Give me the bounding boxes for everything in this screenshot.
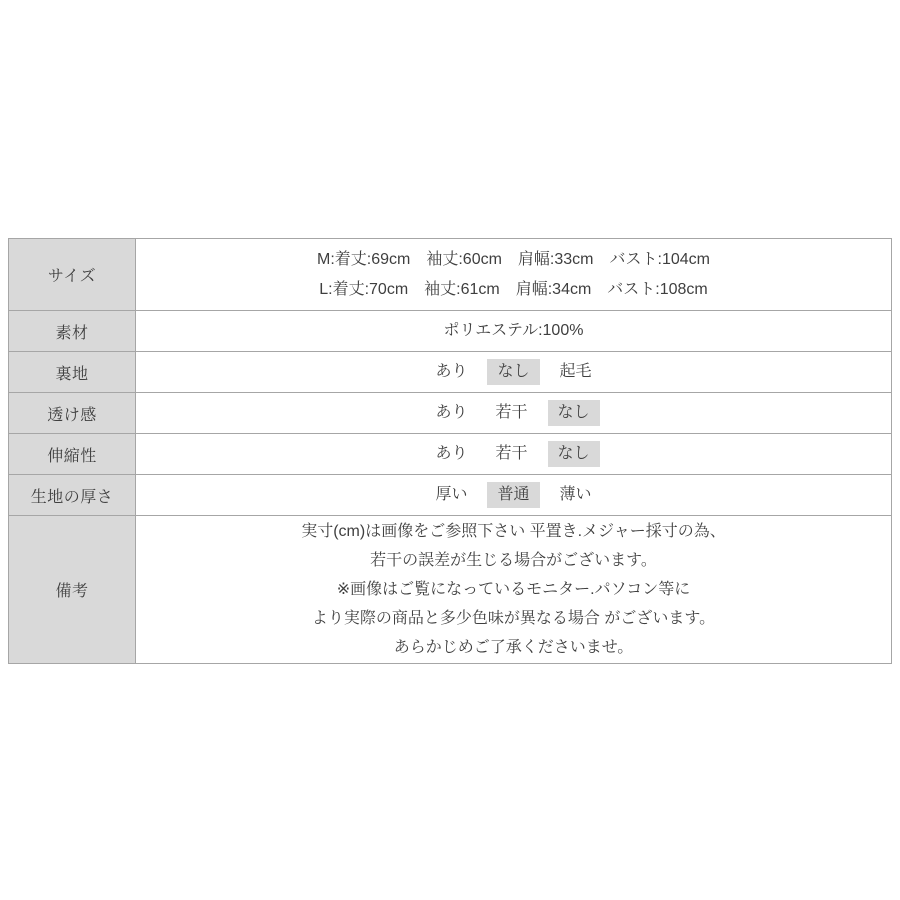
table-row: 備考実寸(cm)は画像をご参照下さい 平置き.メジャー採寸の為、若干の誤差が生じ… [9,515,891,663]
option-item: あり [435,444,467,464]
options-group: 厚い普通薄い [421,482,605,508]
row-label: 素材 [9,311,136,351]
row-value: 厚い普通薄い [136,475,891,515]
option-item: あり [435,362,467,382]
options-group: あり若干なし [421,400,605,426]
row-label: 伸縮性 [9,434,136,474]
option-item: 起毛 [560,362,592,382]
row-label: 備考 [9,516,136,663]
value-text-line: あらかじめご了承くださいませ。 [394,633,634,662]
value-text-line: ポリエステル:100% [444,316,584,346]
options-group: あり若干なし [421,441,605,467]
option-item: あり [435,403,467,423]
value-text-line: L:着丈:70cm 袖丈:61cm 肩幅:34cm バスト:108cm [319,275,708,305]
option-item: 若干 [495,444,527,464]
table-row: 伸縮性あり若干なし [9,433,891,474]
value-text-line: 実寸(cm)は画像をご参照下さい 平置き.メジャー採寸の為、 [301,517,726,546]
value-text-line: ※画像はご覧になっているモニター.パソコン等に [337,575,691,604]
row-value: 実寸(cm)は画像をご参照下さい 平置き.メジャー採寸の為、若干の誤差が生じる場… [136,516,891,663]
table-row: 透け感あり若干なし [9,392,891,433]
row-label: 裏地 [9,352,136,392]
table-row: 裏地ありなし起毛 [9,351,891,392]
row-value: ポリエステル:100% [136,311,891,351]
row-value: M:着丈:69cm 袖丈:60cm 肩幅:33cm バスト:104cmL:着丈:… [136,239,891,310]
options-group: ありなし起毛 [421,359,605,385]
option-item: 薄い [560,485,592,505]
row-value: あり若干なし [136,434,891,474]
option-item: 若干 [495,403,527,423]
value-text-line: 若干の誤差が生じる場合がございます。 [370,546,657,575]
option-selected: なし [487,359,539,385]
option-selected: なし [548,400,600,426]
value-text-line: より実際の商品と多少色味が異なる場合 がございます。 [312,604,715,633]
table-row: 素材ポリエステル:100% [9,310,891,351]
option-selected: 普通 [487,482,539,508]
row-label: 生地の厚さ [9,475,136,515]
row-value: ありなし起毛 [136,352,891,392]
table-row: サイズM:着丈:69cm 袖丈:60cm 肩幅:33cm バスト:104cmL:… [9,239,891,310]
table-row: 生地の厚さ厚い普通薄い [9,474,891,515]
row-label: 透け感 [9,393,136,433]
row-value: あり若干なし [136,393,891,433]
value-text-line: M:着丈:69cm 袖丈:60cm 肩幅:33cm バスト:104cm [317,245,710,275]
option-selected: なし [548,441,600,467]
option-item: 厚い [435,485,467,505]
product-spec-table: サイズM:着丈:69cm 袖丈:60cm 肩幅:33cm バスト:104cmL:… [8,238,892,664]
row-label: サイズ [9,239,136,310]
